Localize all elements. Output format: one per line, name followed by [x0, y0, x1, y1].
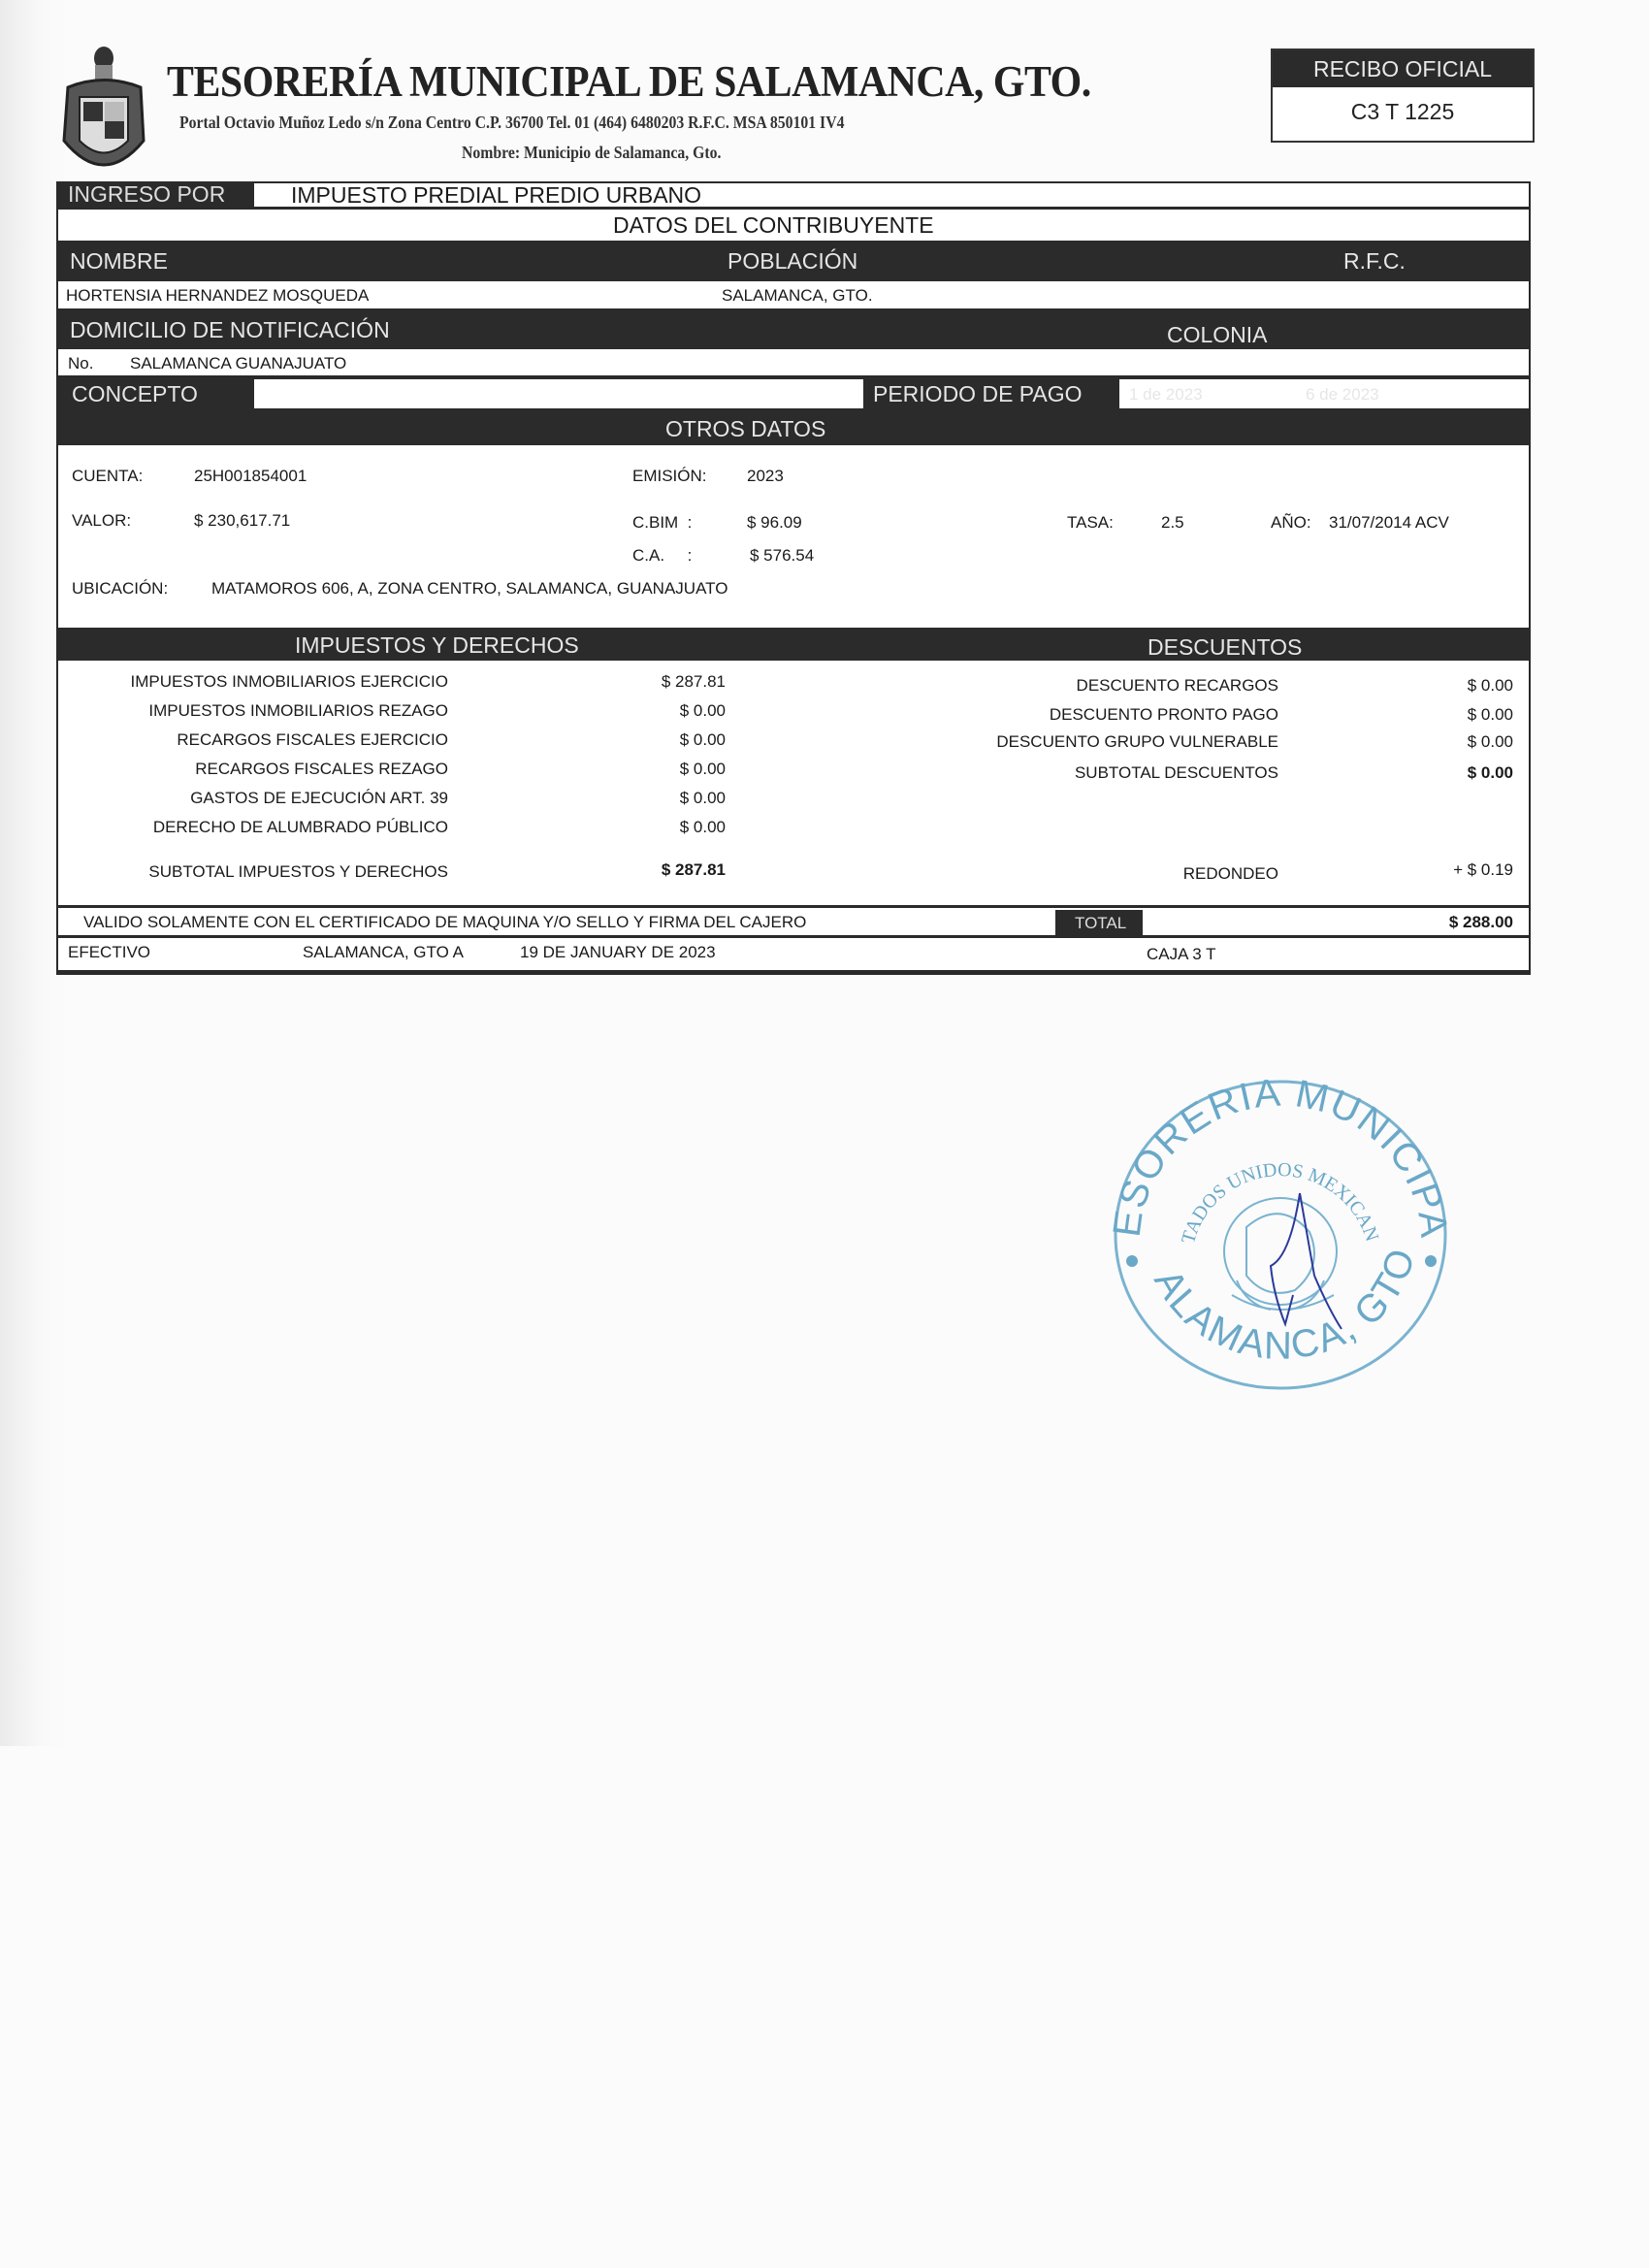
concepto-label: CONCEPTO	[72, 381, 198, 407]
descuento-item-label: DESCUENTO GRUPO VULNERABLE	[996, 732, 1278, 752]
ingreso-row: INGRESO POR IMPUESTO PREDIAL PREDIO URBA…	[58, 181, 1529, 207]
header-title: TESORERÍA MUNICIPAL DE SALAMANCA, GTO.	[167, 56, 1091, 107]
periodo-label: PERIODO DE PAGO	[873, 381, 1083, 407]
impuesto-item-amount: $ 0.00	[680, 789, 726, 808]
impuesto-item-amount: $ 0.00	[680, 730, 726, 750]
descuento-item-amount: $ 0.00	[1468, 732, 1513, 752]
impuestos-subtotal-value: $ 287.81	[662, 860, 726, 880]
impuestos-list: IMPUESTOS INMOBILIARIOS EJERCICIO$ 287.8…	[58, 661, 1529, 934]
impuesto-item-label: IMPUESTOS INMOBILIARIOS EJERCICIO	[131, 672, 448, 692]
ingreso-value: IMPUESTO PREDIAL PREDIO URBANO	[291, 183, 701, 207]
poblacion-value: SALAMANCA, GTO.	[722, 286, 873, 306]
poblacion-label: POBLACIÓN	[727, 248, 857, 275]
ubicacion-value: MATAMOROS 606, A, ZONA CENTRO, SALAMANCA…	[211, 579, 727, 599]
cuenta-label: CUENTA:	[72, 467, 143, 486]
impuestos-title: IMPUESTOS Y DERECHOS	[295, 632, 579, 659]
payment-method: EFECTIVO	[68, 943, 150, 962]
caja-label: CAJA 3 T	[1147, 945, 1216, 964]
impuesto-item-amount: $ 287.81	[662, 672, 726, 692]
impuesto-item-label: DERECHO DE ALUMBRADO PÚBLICO	[153, 818, 448, 837]
ubicacion-label: UBICACIÓN:	[72, 579, 168, 599]
impuesto-item-label: IMPUESTOS INMOBILIARIOS REZAGO	[148, 701, 448, 721]
redondeo-value: + $ 0.19	[1453, 860, 1513, 880]
header-name-line: Nombre: Municipio de Salamanca, Gto.	[462, 143, 721, 163]
valor-value: $ 230,617.71	[194, 511, 290, 531]
total-value: $ 288.00	[1449, 913, 1513, 932]
no-label: No.	[68, 354, 93, 373]
municipal-coat-of-arms-icon	[58, 44, 150, 189]
rfc-label: R.F.C.	[1343, 248, 1406, 275]
concepto-row: CONCEPTO PERIODO DE PAGO 1 de 2023 6 de …	[58, 377, 1529, 410]
descuentos-title: DESCUENTOS	[1148, 634, 1302, 661]
impuestos-descuentos-bar: IMPUESTOS Y DERECHOS DESCUENTOS	[58, 628, 1529, 661]
descuento-item-amount: $ 0.00	[1468, 676, 1513, 696]
receipt-form: INGRESO POR IMPUESTO PREDIAL PREDIO URBA…	[56, 181, 1531, 975]
nombre-header-bar: NOMBRE POBLACIÓN R.F.C.	[58, 241, 1529, 281]
anio-label: AÑO:	[1271, 513, 1311, 533]
valor-label: VALOR:	[72, 511, 131, 531]
ingreso-value-box: IMPUESTO PREDIAL PREDIO URBANO	[254, 183, 1529, 207]
total-label-box: TOTAL	[1055, 910, 1143, 935]
descuento-item-label: DESCUENTO PRONTO PAGO	[1050, 705, 1278, 725]
descuentos-subtotal-value: $ 0.00	[1468, 763, 1513, 783]
impuesto-item-label: RECARGOS FISCALES EJERCICIO	[177, 730, 448, 750]
periodo-desde: 1 de 2023	[1129, 385, 1203, 405]
concepto-value-box	[254, 379, 863, 408]
emision-label: EMISIÓN:	[632, 467, 707, 486]
ca-value: $ 576.54	[750, 546, 814, 566]
receipt-number: C3 T 1225	[1273, 87, 1533, 139]
nombre-value: HORTENSIA HERNANDEZ MOSQUEDA	[66, 286, 369, 306]
receipt-box: RECIBO OFICIAL C3 T 1225	[1271, 49, 1535, 143]
payment-date: 19 DE JANUARY DE 2023	[520, 943, 716, 962]
otros-datos-content: CUENTA: 25H001854001 EMISIÓN: 2023 VALOR…	[58, 445, 1529, 628]
descuentos-subtotal-label: SUBTOTAL DESCUENTOS	[1075, 763, 1278, 783]
contribuyente-title-row: DATOS DEL CONTRIBUYENTE	[58, 210, 1529, 241]
otros-datos-bar: OTROS DATOS	[58, 410, 1529, 445]
impuesto-item-amount: $ 0.00	[680, 760, 726, 779]
cbim-value: $ 96.09	[747, 513, 802, 533]
impuesto-item-label: RECARGOS FISCALES REZAGO	[195, 760, 448, 779]
nombre-label: NOMBRE	[70, 248, 168, 275]
total-label: TOTAL	[1075, 914, 1126, 933]
impuesto-item-amount: $ 0.00	[680, 818, 726, 837]
periodo-hasta: 6 de 2023	[1306, 385, 1379, 405]
domicilio-label: DOMICILIO DE NOTIFICACIÓN	[70, 317, 390, 343]
descuento-item-amount: $ 0.00	[1468, 705, 1513, 725]
payment-place: SALAMANCA, GTO A	[303, 943, 464, 962]
svg-text:TESORERIA MUNICIPAL: TESORERIA MUNICIPAL	[1101, 1072, 1456, 1242]
impuestos-subtotal-label: SUBTOTAL IMPUESTOS Y DERECHOS	[148, 862, 448, 882]
treasury-seal-stamp: TESORERIA MUNICIPAL SALAMANCA, GTO ESTAD…	[1101, 1072, 1460, 1392]
receipt-label: RECIBO OFICIAL	[1273, 50, 1533, 87]
redondeo-label: REDONDEO	[1183, 864, 1278, 884]
mexican-coat-of-arms-icon	[1224, 1198, 1337, 1310]
impuesto-item-amount: $ 0.00	[680, 701, 726, 721]
colonia-label: COLONIA	[1167, 322, 1268, 348]
cbim-label: C.BIM :	[632, 513, 692, 533]
nombre-values-row: HORTENSIA HERNANDEZ MOSQUEDA SALAMANCA, …	[58, 281, 1529, 308]
tasa-label: TASA:	[1067, 513, 1114, 533]
impuesto-item-label: GASTOS DE EJECUCIÓN ART. 39	[190, 789, 448, 808]
divider	[58, 970, 1529, 973]
emision-value: 2023	[747, 467, 784, 486]
payment-row: EFECTIVO SALAMANCA, GTO A 19 DE JANUARY …	[58, 938, 1529, 967]
ingreso-label: INGRESO POR	[68, 181, 225, 207]
ca-label: C.A. :	[632, 546, 692, 566]
domicilio-values-row: No. SALAMANCA GUANAJUATO	[58, 349, 1529, 376]
domicilio-value: SALAMANCA GUANAJUATO	[130, 354, 346, 373]
domicilio-header-bar: DOMICILIO DE NOTIFICACIÓN COLONIA	[58, 308, 1529, 349]
validity-total-row: VALIDO SOLAMENTE CON EL CERTIFICADO DE M…	[58, 908, 1529, 935]
contribuyente-section-title: DATOS DEL CONTRIBUYENTE	[613, 210, 934, 241]
anio-value: 31/07/2014 ACV	[1329, 513, 1449, 533]
tasa-value: 2.5	[1161, 513, 1184, 533]
validity-note: VALIDO SOLAMENTE CON EL CERTIFICADO DE M…	[83, 913, 806, 932]
header-address: Portal Octavio Muñoz Ledo s/n Zona Centr…	[179, 113, 844, 133]
periodo-value-box: 1 de 2023 6 de 2023	[1119, 379, 1529, 408]
cuenta-value: 25H001854001	[194, 467, 307, 486]
descuento-item-label: DESCUENTO RECARGOS	[1077, 676, 1278, 696]
otros-datos-title: OTROS DATOS	[665, 416, 825, 442]
